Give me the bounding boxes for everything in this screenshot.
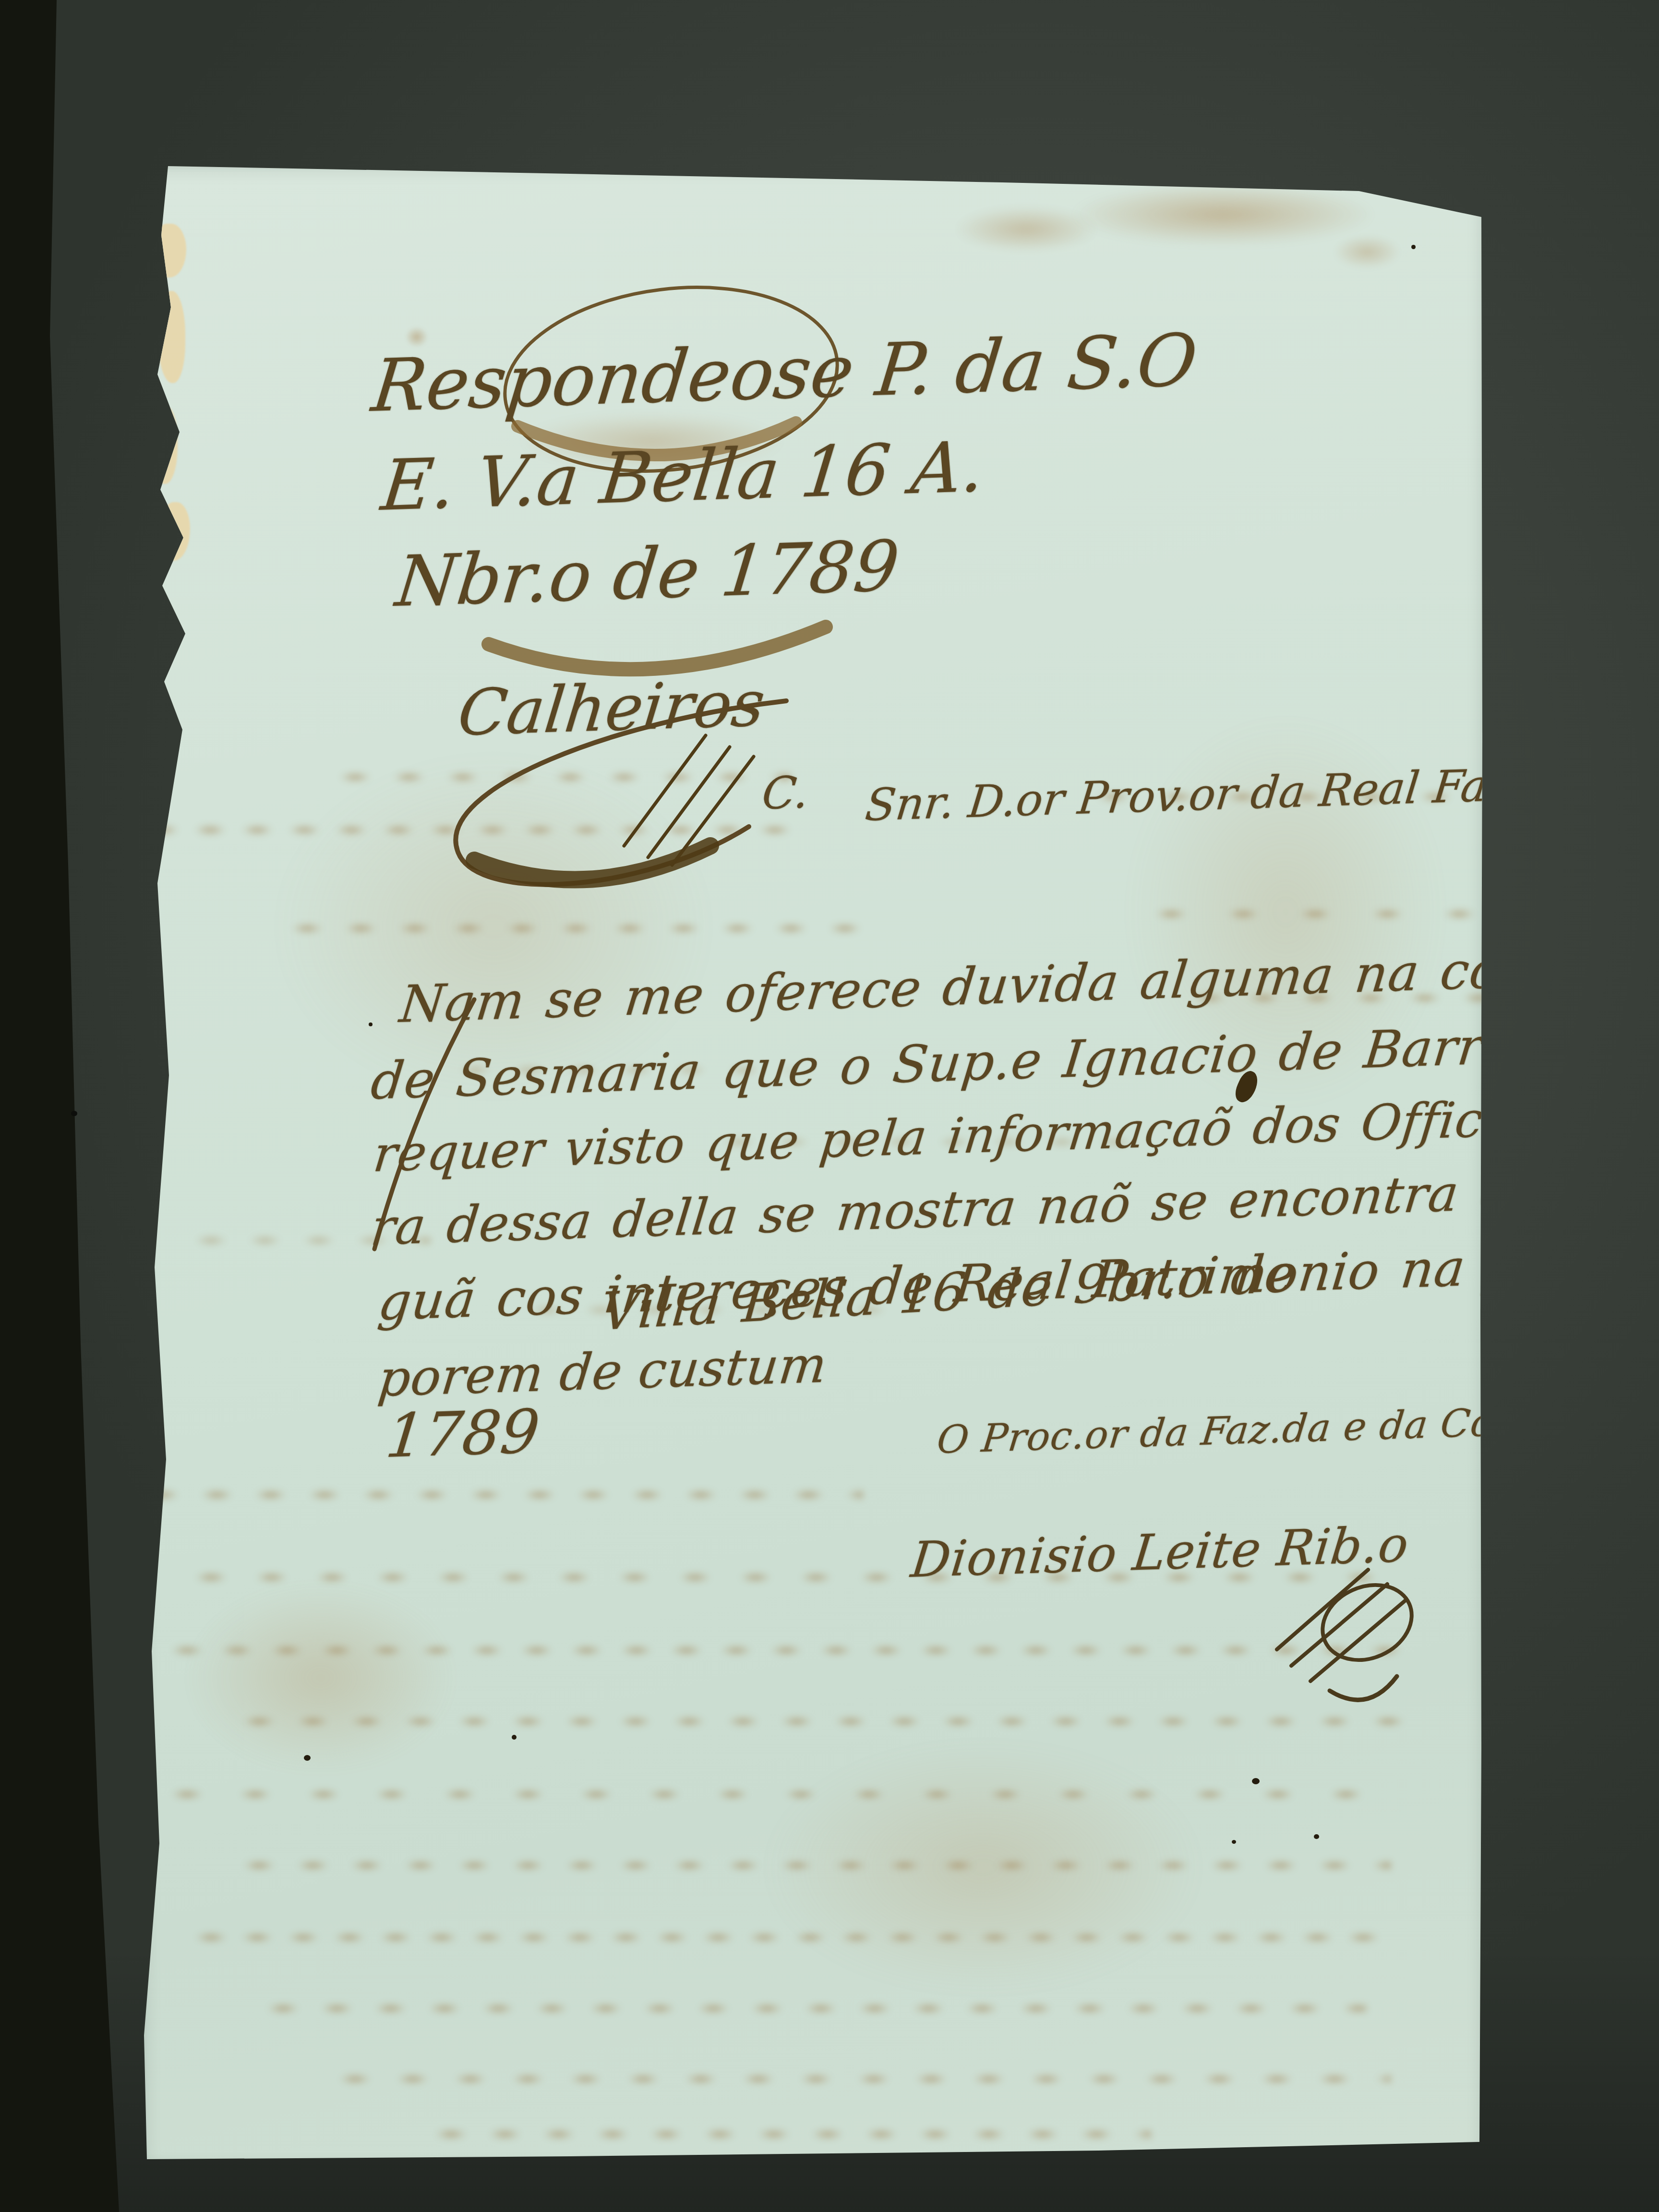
address-prefix: C.: [760, 770, 811, 816]
bleedthrough-ghost-line: [335, 762, 791, 792]
photograph-of-manuscript: Respondeose P. da S.O E. V.a Bella 16 A.…: [0, 0, 1659, 2212]
author-signature: Dionisio Leite Rib.o: [909, 1520, 1411, 1585]
bleedthrough-ghost-line: [335, 2063, 1391, 2095]
bleedthrough-ghost-line: [287, 911, 863, 946]
ink-speck: [1411, 245, 1416, 249]
torn-edge-fragment: [152, 406, 178, 484]
annotation-line-1: Respondeose P. da S.O: [369, 324, 1201, 422]
bleedthrough-ghost-line: [431, 2121, 1151, 2148]
torn-edge-fragment: [157, 291, 185, 383]
bleedthrough-ghost-line: [263, 1991, 1367, 2026]
bleedthrough-ghost-line: [143, 1478, 863, 1512]
debris-speck: [71, 1111, 77, 1116]
body-line-6a: porem de custum: [376, 1339, 829, 1404]
bleedthrough-ghost-line: [239, 1847, 1391, 1884]
ink-speck: [1252, 1778, 1260, 1784]
ink-speck: [1314, 1834, 1319, 1839]
closing-role-line: O Proc.or da Faz.da e da Coroa: [935, 1401, 1562, 1459]
ink-speck: [512, 1735, 517, 1740]
torn-edge-fragment: [155, 224, 186, 277]
addressee-line: Snr. D.or Prov.or da Real Faz.da: [863, 761, 1582, 828]
clerk-signature: Calheiros: [455, 672, 768, 745]
bleedthrough-ghost-line: [239, 1703, 1415, 1740]
foxing-stain: [954, 206, 1098, 252]
ink-speck: [1232, 1840, 1236, 1844]
ink-speck: [304, 1755, 311, 1761]
annotation-line-2: E. V.a Bella 16 A.: [378, 432, 988, 521]
bleedthrough-patch: [186, 1584, 455, 1771]
foxing-stain: [1334, 235, 1401, 269]
bleedthrough-ghost-line: [191, 1919, 1391, 1956]
bleedthrough-ghost-line: [167, 1631, 1415, 1670]
ink-speck: [369, 1022, 373, 1026]
manuscript-page: Respondeose P. da S.O E. V.a Bella 16 A.…: [138, 163, 1485, 2161]
bleedthrough-ghost-line: [1151, 887, 1482, 941]
torn-edge-fragment: [160, 502, 190, 561]
body-line-7: 1789: [383, 1402, 542, 1467]
bleedthrough-ghost-line: [143, 815, 791, 845]
bleedthrough-ghost-line: [167, 1775, 1391, 1814]
annotation-line-3: Nbr.o de 1789: [393, 531, 902, 617]
foxing-stain: [1070, 183, 1377, 246]
book-gutter-shadow: [0, 0, 125, 2212]
